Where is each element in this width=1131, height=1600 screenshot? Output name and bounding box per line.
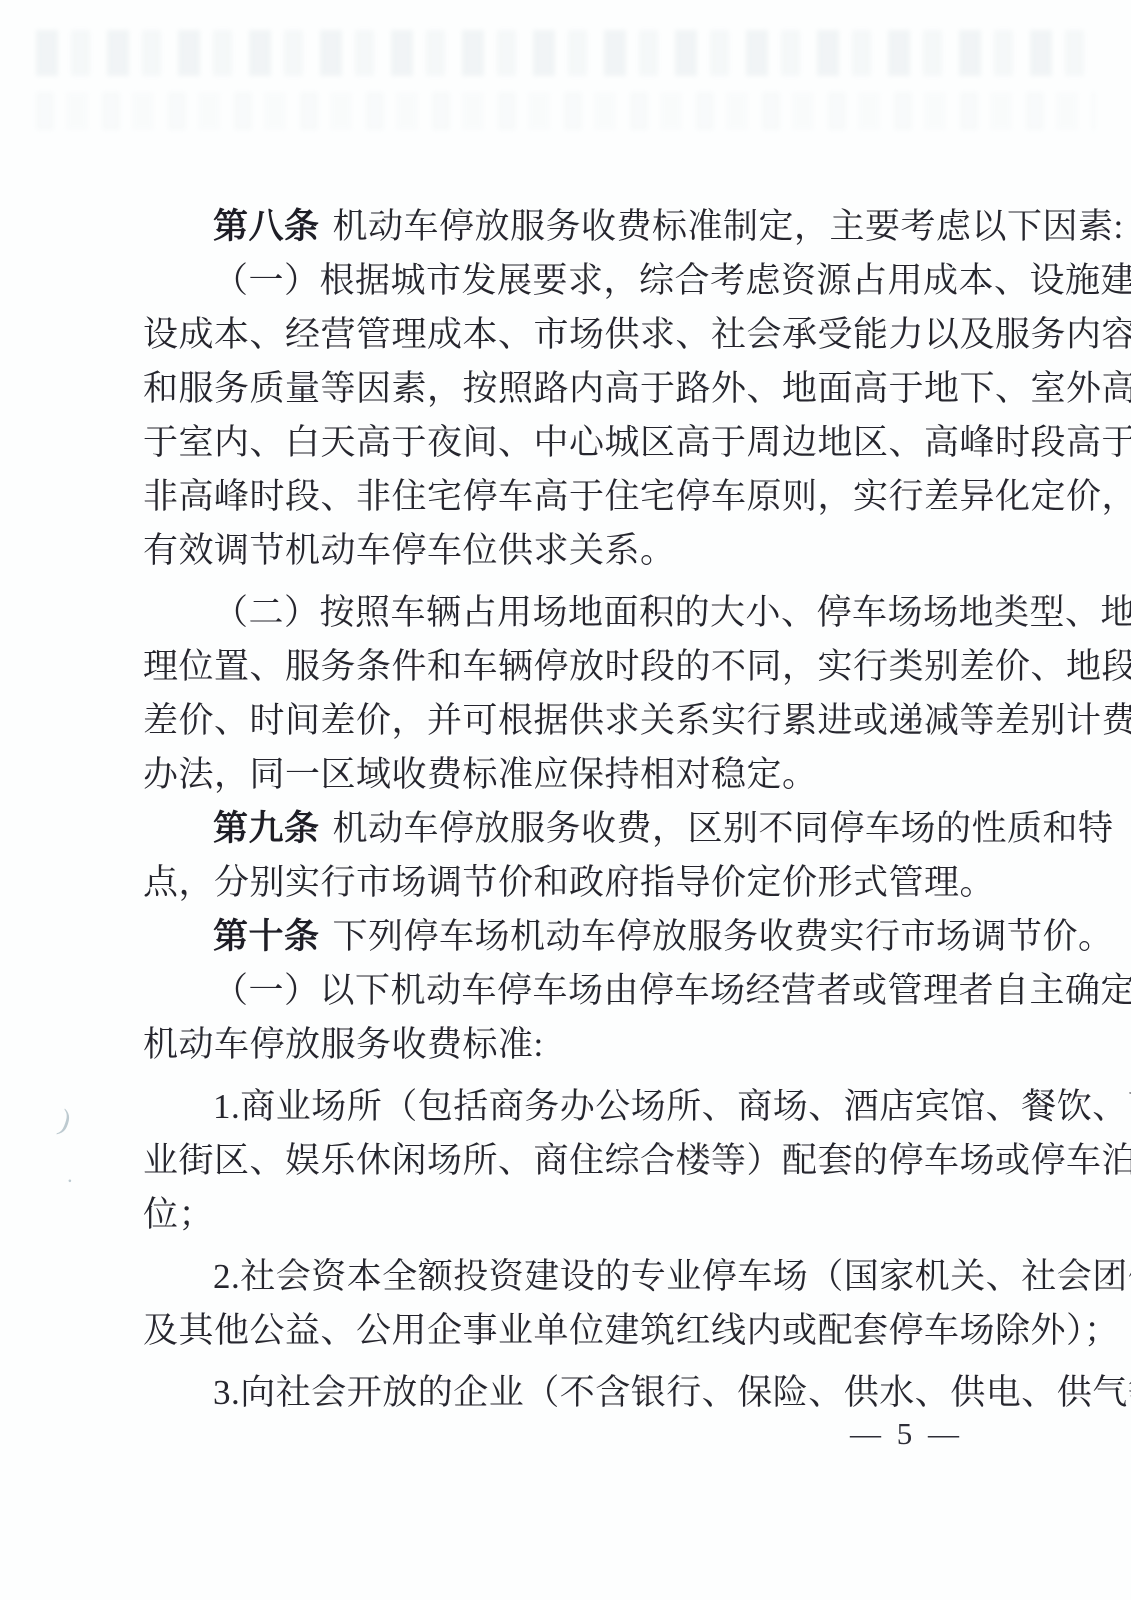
- line-text: 业街区、娱乐休闲场所、商住综合楼等）配套的停车场或停车泊: [143, 1141, 1131, 1180]
- scanned-document-page: 第八条机动车停放服务收费标准制定，主要考虑以下因素:（一）根据城市发展要求，综合…: [0, 0, 1131, 1600]
- line-text: 下列停车场机动车停放服务收费实行市场调节价。: [333, 917, 1114, 956]
- line-text: 2.社会资本全额投资建设的专业停车场（国家机关、社会团体: [213, 1257, 1131, 1296]
- text-line: 1.商业场所（包括商务办公场所、商场、酒店宾馆、餐饮、商: [143, 1080, 993, 1134]
- line-text: 及其他公益、公用企事业单位建筑红线内或配套停车场除外）；: [143, 1311, 1120, 1350]
- text-line: 点，分别实行市场调节价和政府指导价定价形式管理。: [143, 856, 993, 910]
- bleed-through-text-top: [36, 30, 1095, 76]
- line-text: 于室内、白天高于夜间、中心城区高于周边地区、高峰时段高于: [143, 423, 1131, 462]
- line-text: 和服务质量等因素，按照路内高于路外、地面高于地下、室外高: [143, 369, 1131, 408]
- text-line: 第十条下列停车场机动车停放服务收费实行市场调节价。: [143, 910, 993, 964]
- text-line: 3.向社会开放的企业（不含银行、保险、供水、供电、供气等: [143, 1366, 993, 1420]
- line-text: （二）按照车辆占用场地面积的大小、停车场场地类型、地: [213, 593, 1131, 632]
- line-text: 有效调节机动车停车位供求关系。: [143, 531, 676, 570]
- text-line: 第八条机动车停放服务收费标准制定，主要考虑以下因素:: [143, 200, 993, 254]
- line-text: 位；: [143, 1195, 214, 1234]
- text-line: 有效调节机动车停车位供求关系。: [143, 524, 993, 578]
- page-number-text: — 5 —: [850, 1416, 963, 1451]
- line-text: 理位置、服务条件和车辆停放时段的不同，实行类别差价、地段: [143, 647, 1131, 686]
- text-line: 差价、时间差价，并可根据供求关系实行累进或递减等差别计费: [143, 694, 993, 748]
- article-number-bold: 第九条: [213, 809, 320, 848]
- article-number-bold: 第八条: [213, 207, 320, 246]
- text-line: 设成本、经营管理成本、市场供求、社会承受能力以及服务内容: [143, 308, 993, 362]
- text-line: 和服务质量等因素，按照路内高于路外、地面高于地下、室外高: [143, 362, 993, 416]
- text-line: 第九条机动车停放服务收费，区别不同停车场的性质和特: [143, 802, 993, 856]
- line-text: 办法，同一区域收费标准应保持相对稳定。: [143, 755, 818, 794]
- stray-pen-mark: ): [55, 1103, 75, 1138]
- line-text: 机动车停放服务收费，区别不同停车场的性质和特: [333, 809, 1114, 848]
- text-line: 于室内、白天高于夜间、中心城区高于周边地区、高峰时段高于: [143, 416, 993, 470]
- document-body: 第八条机动车停放服务收费标准制定，主要考虑以下因素:（一）根据城市发展要求，综合…: [143, 200, 993, 1420]
- text-line: （一）以下机动车停车场由停车场经营者或管理者自主确定: [143, 964, 993, 1018]
- line-text: （一）以下机动车停车场由停车场经营者或管理者自主确定: [213, 971, 1131, 1010]
- text-line: 位；: [143, 1188, 993, 1242]
- line-text: 设成本、经营管理成本、市场供求、社会承受能力以及服务内容: [143, 315, 1131, 354]
- line-text: 机动车停放服务收费标准制定，主要考虑以下因素:: [333, 207, 1124, 246]
- line-text: 机动车停放服务收费标准:: [143, 1025, 544, 1064]
- text-line: 2.社会资本全额投资建设的专业停车场（国家机关、社会团体: [143, 1250, 993, 1304]
- article-number-bold: 第十条: [213, 917, 320, 956]
- line-text: 3.向社会开放的企业（不含银行、保险、供水、供电、供气等: [213, 1373, 1131, 1412]
- line-text: 点，分别实行市场调节价和政府指导价定价形式管理。: [143, 863, 995, 902]
- text-line: 机动车停放服务收费标准:: [143, 1018, 993, 1072]
- line-text: 差价、时间差价，并可根据供求关系实行累进或递减等差别计费: [143, 701, 1131, 740]
- text-line: （二）按照车辆占用场地面积的大小、停车场场地类型、地: [143, 586, 993, 640]
- line-text: 1.商业场所（包括商务办公场所、商场、酒店宾馆、餐饮、商: [213, 1087, 1131, 1126]
- stray-pen-dot: ·: [59, 1169, 81, 1194]
- line-text: （一）根据城市发展要求，综合考虑资源占用成本、设施建: [213, 261, 1131, 300]
- text-line: 理位置、服务条件和车辆停放时段的不同，实行类别差价、地段: [143, 640, 993, 694]
- text-line: 业街区、娱乐休闲场所、商住综合楼等）配套的停车场或停车泊: [143, 1134, 993, 1188]
- text-line: 及其他公益、公用企事业单位建筑红线内或配套停车场除外）；: [143, 1304, 993, 1358]
- line-text: 非高峰时段、非住宅停车高于住宅停车原则，实行差异化定价，: [143, 477, 1131, 516]
- text-line: 办法，同一区域收费标准应保持相对稳定。: [143, 748, 993, 802]
- text-line: 非高峰时段、非住宅停车高于住宅停车原则，实行差异化定价，: [143, 470, 993, 524]
- text-line: （一）根据城市发展要求，综合考虑资源占用成本、设施建: [143, 254, 993, 308]
- bleed-through-text-top-secondary: [36, 92, 1095, 130]
- page-number: — 5 —: [850, 1416, 963, 1452]
